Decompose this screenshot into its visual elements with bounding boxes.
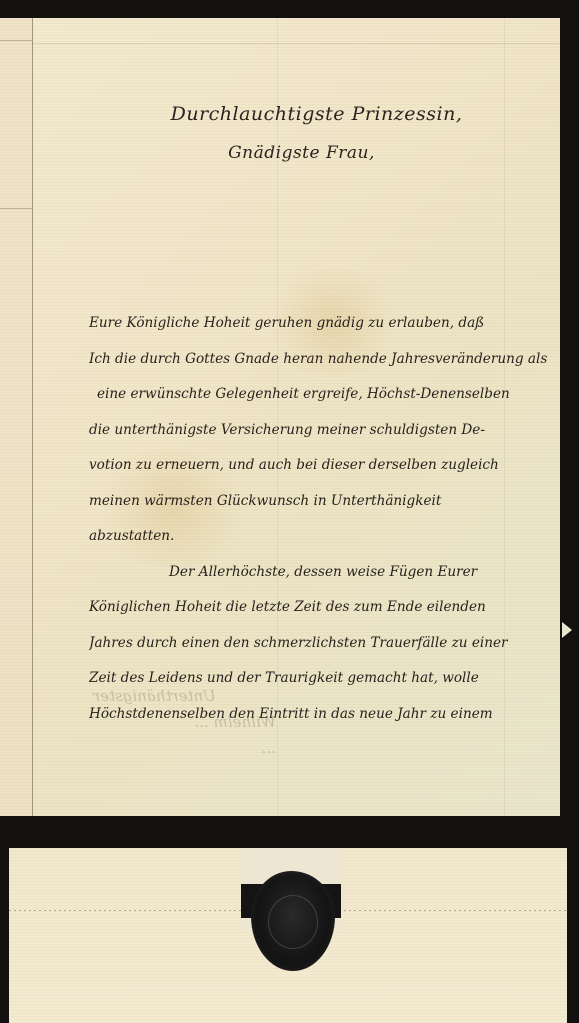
body-line: Ich die durch Gottes Gnade heran nahende… <box>89 342 548 378</box>
bleed-line: Wilhelm ... <box>93 709 306 735</box>
bleed-line: ... <box>93 735 306 761</box>
horizontal-fold <box>33 43 560 44</box>
salutation-line-1: Durchlauchtigste Prinzessin, <box>33 103 560 125</box>
salutation-line-2: Gnädigste Frau, <box>33 143 560 163</box>
body-line: abzustatten. <box>89 519 548 555</box>
fold-line <box>0 208 32 209</box>
left-adjacent-sheet <box>0 18 33 816</box>
body-line: Der Allerhöchste, dessen weise Fügen Eur… <box>89 555 548 591</box>
wax-seal-icon <box>251 871 335 971</box>
body-line: eine erwünschte Gelegenheit ergreife, Hö… <box>89 377 548 413</box>
body-line: die unterthänigste Versicherung meiner s… <box>89 413 548 449</box>
envelope-sheet <box>9 848 567 1023</box>
body-line: votion zu erneuern, und auch bei dieser … <box>89 448 548 484</box>
body-line: Eure Königliche Hoheit geruhen gnädig zu… <box>89 306 548 342</box>
body-line: meinen wärmsten Glückwunsch in Unterthän… <box>89 484 548 520</box>
bleed-line: Unterthänigster <box>93 683 306 709</box>
seal-emblem <box>268 895 318 949</box>
bleed-through-text: Unterthänigster Wilhelm ... ... <box>93 683 306 761</box>
page-tear <box>562 622 572 638</box>
body-line: Jahres durch einen den schmerzlichsten T… <box>89 626 548 662</box>
fold-line <box>0 40 32 41</box>
letter-page: Durchlauchtigste Prinzessin, Gnädigste F… <box>33 18 560 816</box>
body-line: Königlichen Hoheit die letzte Zeit des z… <box>89 590 548 626</box>
letter-body: Eure Königliche Hoheit geruhen gnädig zu… <box>89 306 548 732</box>
